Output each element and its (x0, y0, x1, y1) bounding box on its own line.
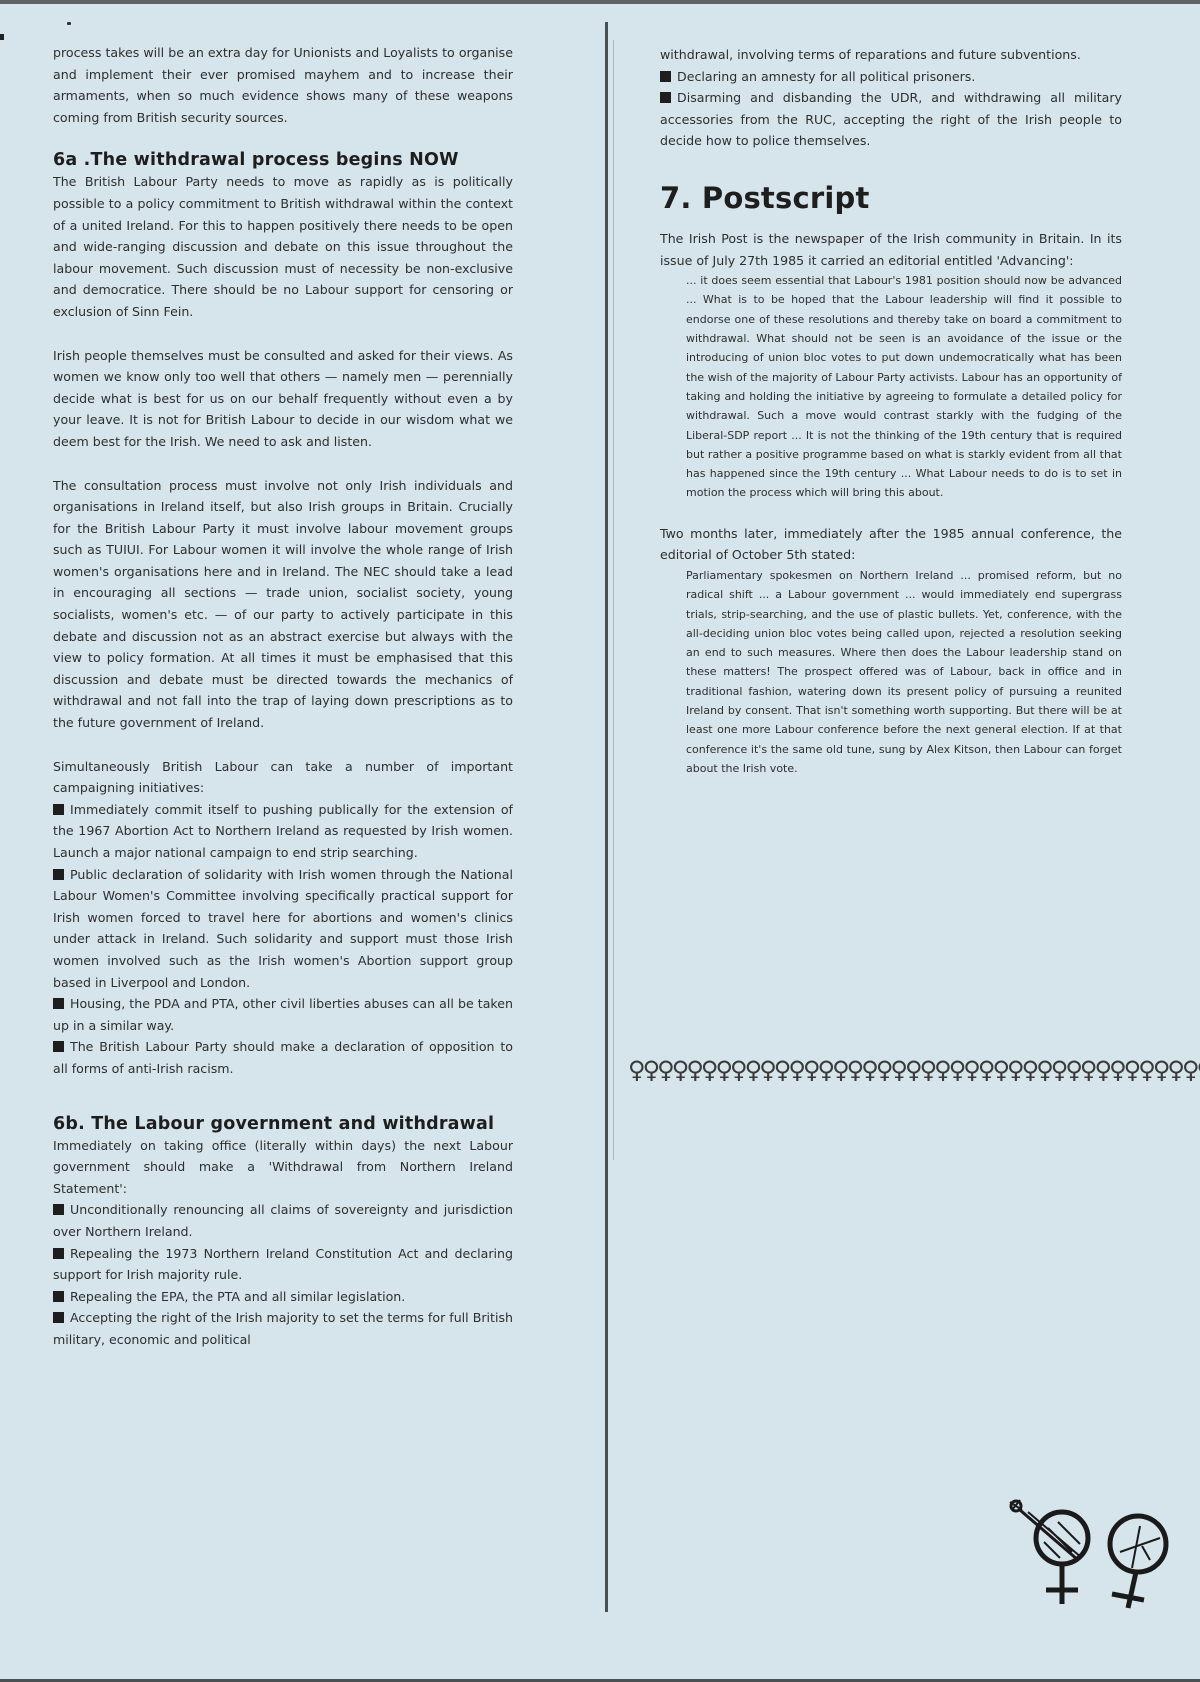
intro-paragraph: process takes will be an extra day for U… (53, 42, 513, 128)
list-item: The British Labour Party should make a d… (53, 1036, 513, 1079)
section-6a-paragraph-1: The British Labour Party needs to move a… (53, 171, 513, 322)
right-column: withdrawal, involving terms of reparatio… (660, 44, 1122, 778)
list-item: Public declaration of solidarity with Ir… (53, 864, 513, 994)
section-6a-paragraph-3: The consultation process must involve no… (53, 475, 513, 734)
square-bullet-icon (660, 71, 671, 82)
square-bullet-icon (53, 998, 64, 1009)
square-bullet-icon (53, 1041, 64, 1052)
list-item: Disarming and disbanding the UDR, and wi… (660, 87, 1122, 152)
square-bullet-icon (660, 92, 671, 103)
editorial-quote-advancing: ... it does seem essential that Labour's… (686, 271, 1122, 503)
square-bullet-icon (53, 1291, 64, 1302)
postscript-heading: 7. Postscript (660, 180, 1122, 216)
column-divider-rule (605, 22, 608, 1612)
square-bullet-icon (53, 1204, 64, 1215)
print-speck (67, 22, 71, 25)
page-top-edge (0, 0, 1200, 4)
column-divider-faint-rule (613, 40, 614, 1160)
list-item: Immediately commit itself to pushing pub… (53, 799, 513, 864)
postscript-intro: The Irish Post is the newspaper of the I… (660, 228, 1122, 271)
square-bullet-icon (53, 1312, 64, 1323)
list-item: Housing, the PDA and PTA, other civil li… (53, 993, 513, 1036)
list-item: Repealing the 1973 Northern Ireland Cons… (53, 1243, 513, 1286)
section-6a-paragraph-4: Simultaneously British Labour can take a… (53, 756, 513, 799)
margin-mark (0, 34, 4, 40)
venus-with-flower-icon (1010, 1500, 1088, 1604)
editorial-quote-october: Parliamentary spokesmen on Northern Irel… (686, 566, 1122, 778)
venus-with-circle-cross-icon (1110, 1516, 1166, 1608)
list-item: Unconditionally renouncing all claims of… (53, 1199, 513, 1242)
list-item: Accepting the right of the Irish majorit… (53, 1307, 513, 1350)
square-bullet-icon (53, 869, 64, 880)
venus-symbol-divider: ♀♀♀♀♀♀♀♀♀♀♀♀♀♀♀♀♀♀♀♀♀♀♀♀♀♀♀♀♀♀♀♀♀♀♀♀♀♀♀♀… (628, 1052, 1200, 1088)
postscript-followup: Two months later, immediately after the … (660, 523, 1122, 566)
section-6a-heading: 6a .The withdrawal process begins NOW (53, 150, 513, 171)
section-6b-intro: Immediately on taking office (literally … (53, 1135, 513, 1200)
womens-symbols-emblem (1000, 1498, 1180, 1618)
list-item: Declaring an amnesty for all political p… (660, 66, 1122, 88)
section-6a-paragraph-2: Irish people themselves must be consulte… (53, 345, 513, 453)
section-6b-bullet-list: Unconditionally renouncing all claims of… (53, 1199, 513, 1350)
left-column: process takes will be an extra day for U… (53, 42, 513, 1350)
section-6a-bullet-list: Immediately commit itself to pushing pub… (53, 799, 513, 1080)
continuation-text: withdrawal, involving terms of reparatio… (660, 44, 1122, 66)
square-bullet-icon (53, 804, 64, 815)
square-bullet-icon (53, 1248, 64, 1259)
section-6b-heading: 6b. The Labour government and withdrawal (53, 1114, 513, 1135)
list-item: Repealing the EPA, the PTA and all simil… (53, 1286, 513, 1308)
